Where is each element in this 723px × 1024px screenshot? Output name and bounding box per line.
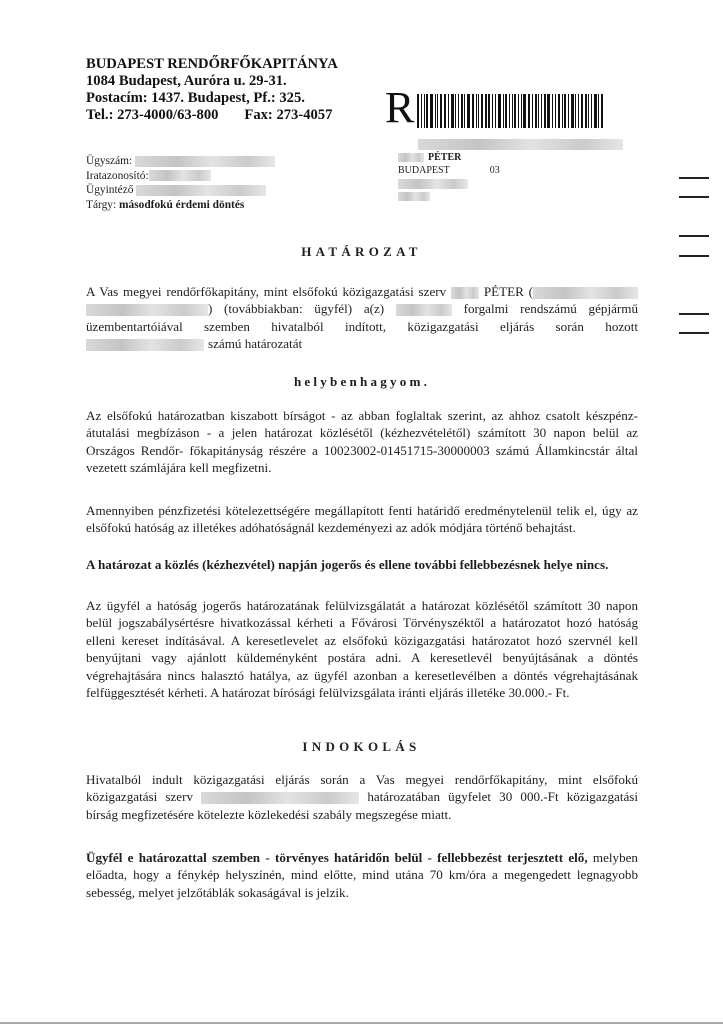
- fold-mark-icon: [679, 235, 709, 237]
- intro-text: forgalmi rendszámú gépjármű: [464, 301, 638, 316]
- reasoning-text: határozatában ügyfelet 30 000.-Ft köziga…: [367, 789, 638, 804]
- registered-letter-mark: R: [385, 86, 414, 130]
- enforcement-paragraph: Amennyiben pénzfizetési kötelezettségére…: [86, 502, 638, 537]
- reasoning-heading: INDOKOLÁS: [0, 739, 723, 755]
- reasoning-text: bírság megfizetésére kötelezte közlekedé…: [86, 806, 638, 823]
- decision-heading: HATÁROZAT: [0, 244, 723, 260]
- fold-mark-icon: [679, 332, 709, 334]
- document-page: BUDAPEST RENDŐRFŐKAPITÁNYA 1084 Budapest…: [0, 0, 723, 1024]
- subject-label: Tárgy:: [86, 199, 116, 211]
- sender-block: BUDAPEST RENDŐRFŐKAPITÁNYA 1084 Budapest…: [86, 56, 338, 124]
- verdict-text: helybenhagyom.: [294, 374, 430, 389]
- sender-postal: Postacím: 1437. Budapest, Pf.: 325.: [86, 90, 338, 107]
- client-name: PÉTER (: [484, 284, 533, 299]
- recipient-name: PÉTER: [428, 152, 461, 163]
- redacted-recipient-code: [418, 139, 623, 150]
- fold-mark-icon: [679, 177, 709, 179]
- case-number-label: Ügyszám:: [86, 155, 132, 167]
- redacted-house-number: [398, 192, 430, 201]
- fold-mark-icon: [679, 313, 709, 315]
- redacted-decision-number: [86, 339, 204, 351]
- recipient-block: PÉTER BUDAPEST03: [398, 138, 623, 203]
- finality-statement: A határozat a közlés (kézhezvétel) napjá…: [86, 556, 638, 573]
- decision-intro: A Vas megyei rendőrfőkapitány, mint első…: [86, 283, 638, 353]
- payment-paragraph: Az elsőfokú határozatban kiszabott bírsá…: [86, 407, 638, 477]
- sender-fax: Fax: 273-4057: [244, 107, 332, 123]
- redacted-street: [398, 179, 468, 189]
- sender-name: BUDAPEST RENDŐRFŐKAPITÁNYA: [86, 56, 338, 73]
- subject-value: másodfokú érdemi döntés: [119, 199, 244, 211]
- intro-text: üzembentartóiával szemben hivatalból ind…: [86, 318, 638, 335]
- redacted-birth-data: [533, 287, 638, 299]
- redacted-surname: [398, 153, 424, 162]
- redacted-decision-number: [201, 792, 359, 804]
- redacted-case-handler: [136, 185, 266, 196]
- redacted-address: [86, 304, 208, 316]
- reasoning-text: közigazgatási szerv: [86, 789, 193, 804]
- reasoning-paragraph-1: Hivatalból indult közigazgatási eljárás …: [86, 771, 638, 823]
- reasoning-text: Hivatalból indult közigazgatási eljárás …: [86, 771, 638, 788]
- sender-address: 1084 Budapest, Auróra u. 29-31.: [86, 73, 338, 90]
- fold-mark-icon: [679, 196, 709, 198]
- appeal-statement: Ügyfél e határozattal szemben - törvénye…: [86, 850, 588, 865]
- verdict: helybenhagyom.: [86, 373, 638, 390]
- recipient-postcode: 03: [490, 165, 500, 176]
- redacted-plate-number: [396, 304, 452, 316]
- case-handler-label: Ügyintéző: [86, 184, 133, 196]
- redacted-document-id: [149, 170, 211, 181]
- redacted-case-number: [135, 156, 275, 167]
- judicial-review-paragraph: Az ügyfél a hatóság jogerős határozatána…: [86, 597, 638, 701]
- registered-mail-barcode: R: [385, 92, 665, 130]
- intro-text: A Vas megyei rendőrfőkapitány, mint első…: [86, 284, 446, 299]
- barcode-icon: [417, 94, 643, 128]
- redacted-surname: [451, 287, 479, 299]
- sender-phone: Tel.: 273-4000/63-800: [86, 107, 218, 123]
- document-id-label: Iratazonosító:: [86, 170, 149, 182]
- reasoning-paragraph-2: Ügyfél e határozattal szemben - törvénye…: [86, 849, 638, 901]
- case-metadata: Ügyszám: Iratazonosító: Ügyintéző Tárgy:…: [86, 154, 275, 212]
- intro-text: ) (továbbiakban: ügyfél) a(z): [208, 301, 384, 316]
- recipient-city: BUDAPEST: [398, 165, 450, 176]
- intro-text: számú határozatát: [208, 336, 302, 351]
